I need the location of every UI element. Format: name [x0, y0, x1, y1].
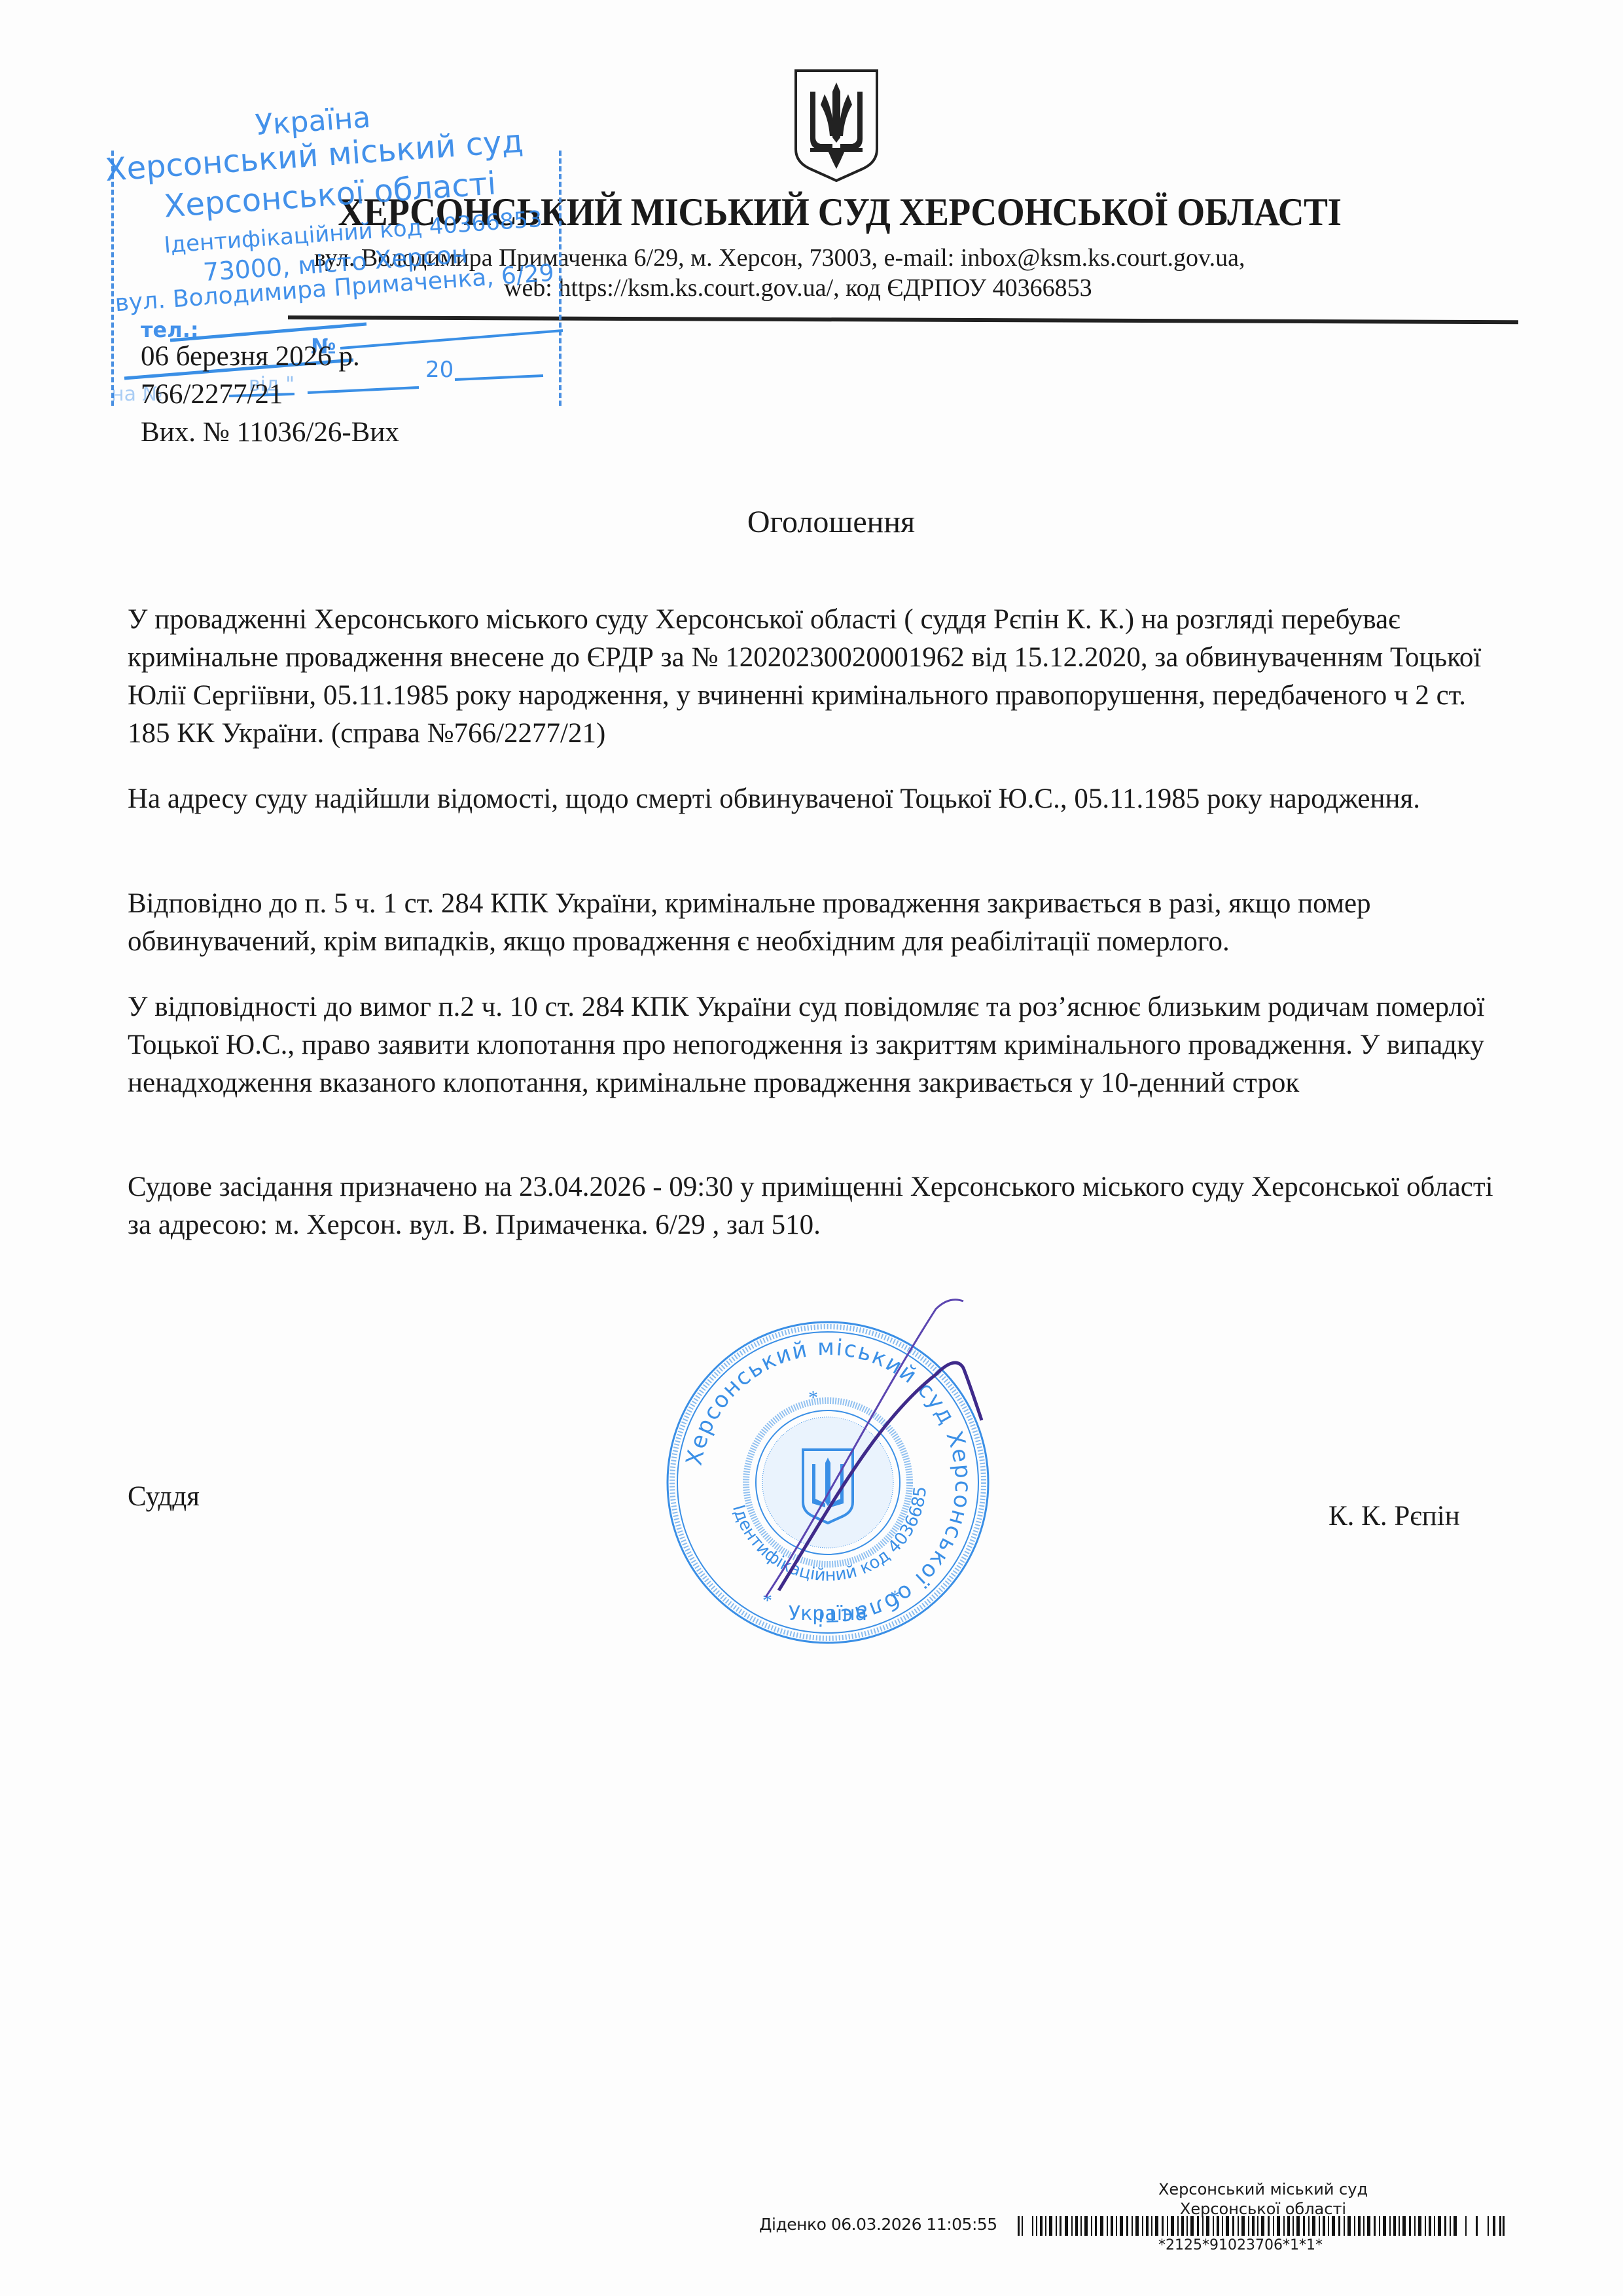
document-date: 06 березня 2026 р. — [141, 340, 360, 372]
paragraph-death-notice: На адресу суду надійшли відомості, щодо … — [128, 780, 1512, 818]
paragraph-legal-basis: Відповідно до п. 5 ч. 1 ст. 284 КПК Укра… — [128, 885, 1512, 961]
signer-role: Суддя — [128, 1480, 200, 1513]
document-title: Оголошення — [0, 504, 1623, 540]
footer-organization: Херсонський міський суд Херсонської обла… — [1132, 2179, 1394, 2219]
registrar-timestamp: Діденко 06.03.2026 11:05:55 — [759, 2215, 997, 2234]
footer-org-line1: Херсонський міський суд — [1132, 2179, 1394, 2199]
barcode-text: *2125*91023706*1*1* — [1158, 2237, 1323, 2253]
coat-of-arms-icon — [791, 65, 882, 183]
paragraph-relatives-rights: У відповідності до вимог п.2 ч. 10 ст. 2… — [128, 988, 1512, 1102]
case-number: 766/2277/21 — [141, 378, 283, 410]
signer-name: К. К. Рєпін — [1329, 1500, 1460, 1532]
paragraph-hearing-schedule: Судове засідання призначено на 23.04.202… — [128, 1168, 1512, 1244]
handwritten-signature — [720, 1270, 995, 1610]
document-barcode — [1018, 2216, 1505, 2236]
court-web-and-code: web: https://ksm.ks.court.gov.ua/, код Є… — [504, 274, 1092, 302]
outgoing-number: Вих. № 11036/26-Вих — [141, 416, 399, 448]
paragraph-case-info: У провадженні Херсонського міського суду… — [128, 601, 1512, 753]
